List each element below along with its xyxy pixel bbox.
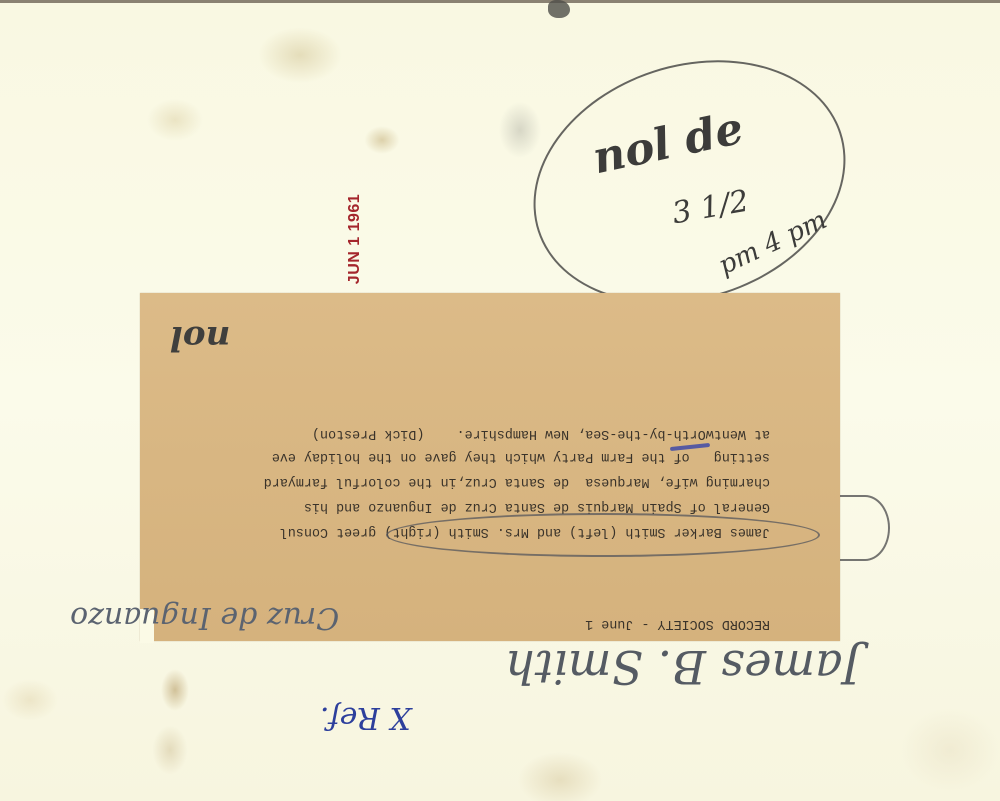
caption-line: General of Spain Marquis de Santa Cruz d…	[304, 499, 770, 514]
caption-header: RECORD SOCIETY - June 1	[585, 616, 770, 631]
date-stamp: JUN 1 1961	[346, 184, 364, 294]
scan-top-edge	[0, 0, 1000, 3]
handwritten-name: Cruz de Inguanzo	[70, 600, 339, 635]
caption-text-block: RECORD SOCIETY - June 1 James Barker Smi…	[140, 293, 840, 641]
caption-clipping: RECORD SOCIETY - June 1 James Barker Smi…	[140, 293, 840, 641]
reference-mark: X Ref.	[320, 700, 411, 735]
pencil-name-circle	[386, 513, 820, 557]
ink-blot	[548, 0, 570, 18]
caption-line: setting of the Farm Party which they gav…	[272, 449, 770, 464]
clipping-handwritten-note: nol	[170, 318, 230, 358]
handwritten-signature: James B. Smith	[505, 640, 861, 694]
pencil-loop	[840, 495, 890, 561]
caption-line: charming wife, Marquesa de Santa Cruz,in…	[264, 474, 770, 489]
caption-line: at WentwOrth-by-the-Sea, New Hampshire. …	[312, 426, 770, 441]
